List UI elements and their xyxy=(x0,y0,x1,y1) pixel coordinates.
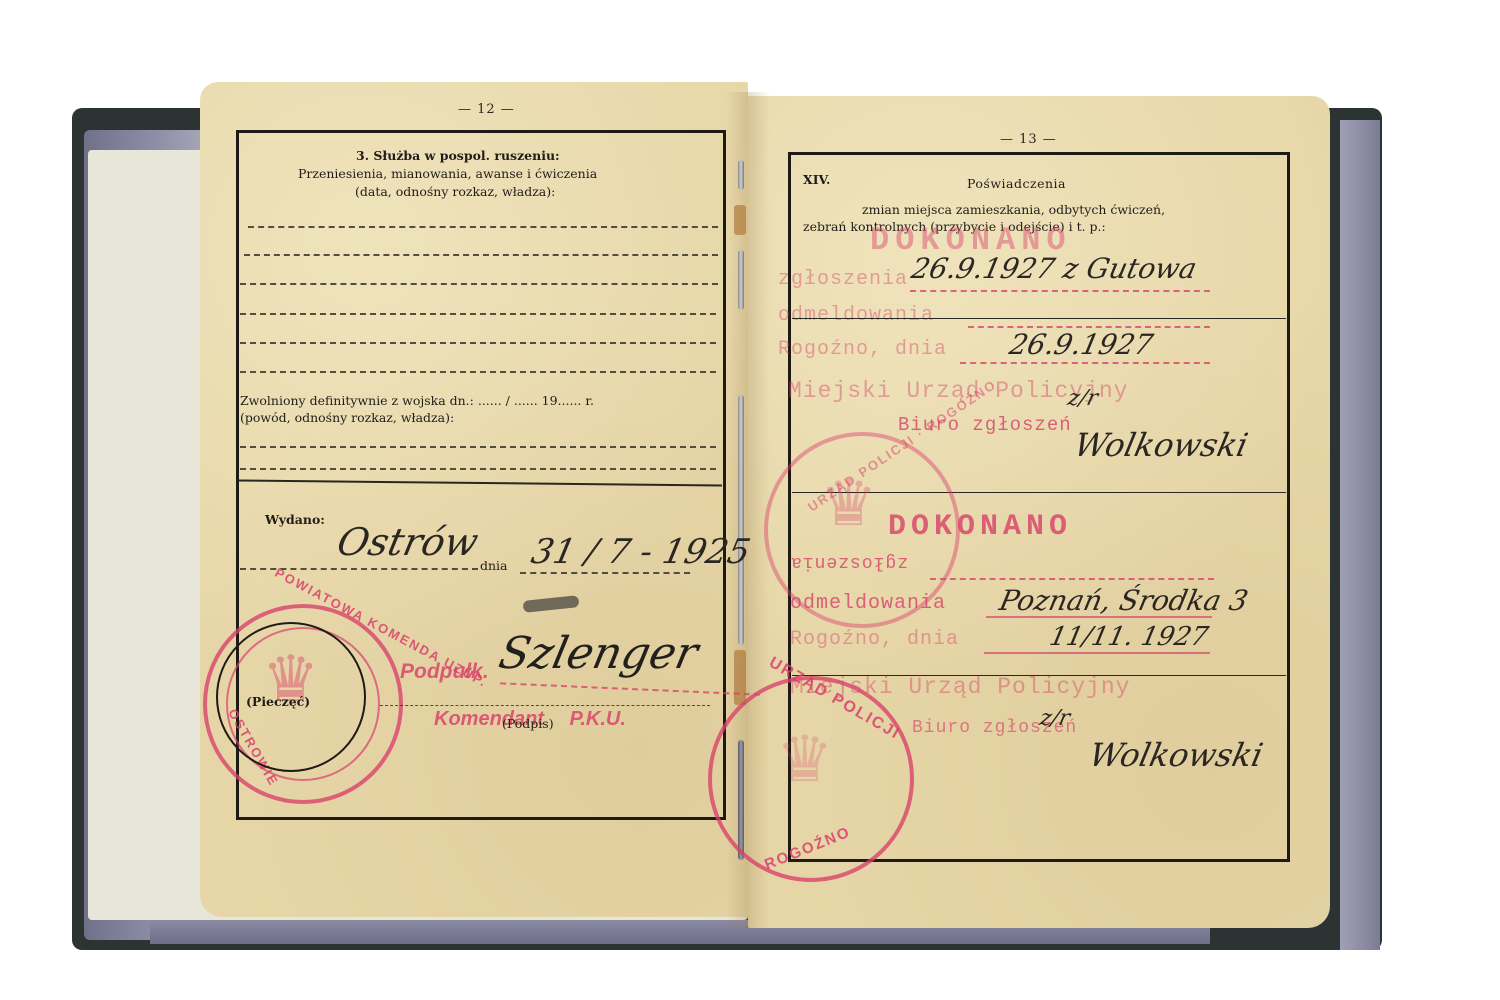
entry1-field3-handwriting: 26.9.1927 xyxy=(1006,328,1156,361)
entry2-stamp-header: DOKONANO xyxy=(888,510,1072,544)
entry1-initials: z/r xyxy=(1065,386,1100,411)
issued-place-handwriting: Ostrów xyxy=(333,520,482,564)
entry1-signature: Wolkowski xyxy=(1071,426,1251,464)
section-heading-right: Poświadczenia xyxy=(967,176,1066,191)
entry2-signature: Wolkowski xyxy=(1086,736,1266,774)
issued-date-handwriting: 31 / 7 - 1925 xyxy=(528,532,754,572)
entry-line xyxy=(248,226,718,228)
entry2-field3-label: Rogoźno, dnia xyxy=(790,628,959,651)
section-subheading-2: (data, odnośny rozkaz, władza): xyxy=(355,184,555,199)
entry1-field1-label: zgłoszenia xyxy=(778,268,908,291)
entry-line xyxy=(240,468,716,470)
page-number-left: — 12 — xyxy=(458,102,515,117)
eagle-emblem-icon: ♛ xyxy=(776,728,833,792)
section-subheading-1: Przeniesienia, mianowania, awanse i ćwic… xyxy=(298,166,597,181)
date-label: dnia xyxy=(480,558,508,573)
entry2-field3-handwriting: 11/11. 1927 xyxy=(1047,622,1211,652)
entry2-field2-handwriting: Poznań, Środka 3 xyxy=(996,584,1251,617)
section-heading-left: 3. Służba w pospol. ruszeniu: xyxy=(356,148,560,163)
entry-line xyxy=(240,283,718,285)
entry2-initials: z/r xyxy=(1037,706,1072,731)
binding-stitch xyxy=(738,250,744,310)
entry2-field3-line xyxy=(984,652,1210,654)
page-number-right: — 13 — xyxy=(1000,132,1057,147)
entry2-field1-label: zgłoszenia xyxy=(790,552,908,572)
entry1-field1-line xyxy=(910,290,1210,292)
entry1-field3-label: Rogoźno, dnia xyxy=(778,338,947,361)
discharge-reason-label: (powód, odnośny rozkaz, władza): xyxy=(240,410,454,425)
commander-signature: Szlenger xyxy=(495,628,703,679)
cover-cloth-right xyxy=(1340,120,1380,950)
entry1-field3-line xyxy=(960,362,1210,364)
section-number: XIV. xyxy=(803,172,830,187)
stamp-rank: Podpułk. xyxy=(400,660,489,684)
entry-line xyxy=(240,371,716,373)
binding-stitch xyxy=(738,395,744,645)
entry2-field1-line xyxy=(930,578,1214,580)
rust-stain xyxy=(734,650,746,705)
entry-line xyxy=(240,446,716,448)
intro-line-1: zmian miejsca zamieszkania, odbytych ćwi… xyxy=(862,202,1165,217)
eagle-emblem-icon: ♛ xyxy=(820,472,877,536)
issued-label: Wydano: xyxy=(265,512,325,527)
entry2-field2-label: odmeldowania xyxy=(790,592,946,615)
signature-line xyxy=(380,705,710,706)
entry1-field1-handwriting: 26.9.1927 z Gutowa xyxy=(908,252,1199,285)
binding-stitch xyxy=(738,160,744,190)
entry2-field2-line xyxy=(986,616,1212,618)
rust-stain xyxy=(734,205,746,235)
signature-placeholder-label: (Podpis) xyxy=(502,716,554,731)
entry1-field2-label: odmeldowania xyxy=(778,304,934,327)
entry-line xyxy=(244,254,718,256)
date-line xyxy=(520,572,690,574)
discharge-label: Zwolniony definitywnie z wojska dn.: ...… xyxy=(240,393,594,408)
entry-line xyxy=(240,313,716,315)
entry-line xyxy=(240,342,716,344)
entry-divider xyxy=(792,318,1286,319)
seal-placeholder-label: (Pieczęć) xyxy=(246,694,310,709)
